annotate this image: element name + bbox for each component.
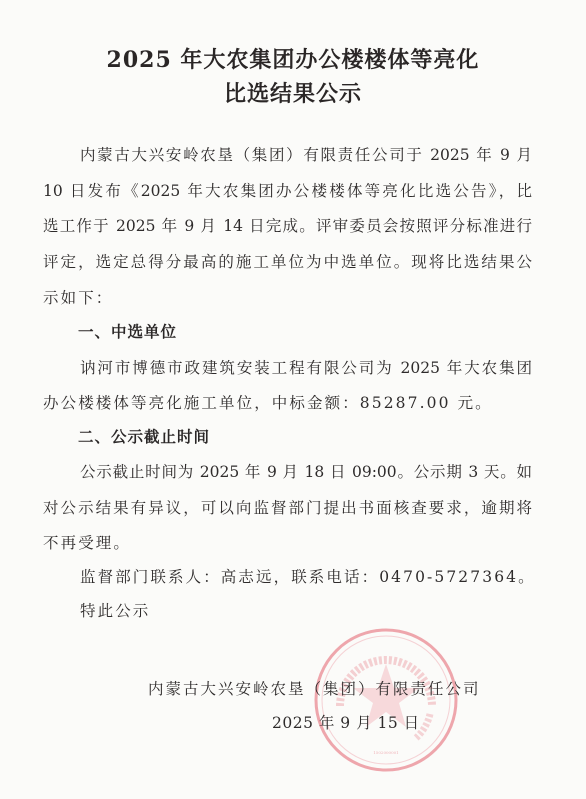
- section-line: 公示截止时间为 2025 年 9 月 18 日 09:00。公示期 3 天。如: [80, 462, 532, 482]
- red-star-seal-icon: 1502000001: [312, 626, 460, 774]
- section-heading: 二、公示截止时间: [78, 427, 210, 447]
- intro-line: 10 日发布《2025 年大农集团办公楼楼体等亮化比选公告》，比: [43, 181, 532, 201]
- document-title-line2: 比选结果公示: [0, 77, 586, 108]
- intro-line: 内蒙古大兴安岭农垦（集团）有限责任公司于 2025 年 9 月: [80, 145, 532, 165]
- signature-organization: 内蒙古大兴安岭农垦（集团）有限责任公司: [148, 679, 481, 699]
- intro-line: 示如下：: [43, 288, 113, 308]
- intro-line: 评定，选定总得分最高的施工单位为中选单位。现将比选结果公: [43, 252, 532, 272]
- closing-line: 特此公示: [80, 601, 150, 621]
- section-heading: 一、中选单位: [78, 322, 177, 342]
- section-line: 对公示结果有异议，可以向监督部门提出书面核查要求，逾期将: [43, 498, 532, 518]
- section-line: 讷河市博德市政建筑安装工程有限公司为 2025 年大农集团: [80, 358, 532, 378]
- section-line: 不再受理。: [43, 533, 131, 553]
- intro-line: 选工作于 2025 年 9 月 14 日完成。评审委员会按照评分标准进行: [43, 216, 532, 236]
- signature-date: 2025 年 9 月 15 日: [272, 713, 420, 733]
- document-title-line1: 2025 年大农集团办公楼楼体等亮化: [0, 43, 586, 74]
- svg-text:1502000001: 1502000001: [373, 750, 398, 755]
- contact-line: 监督部门联系人：高志远，联系电话：0470-5727364。: [80, 567, 536, 587]
- section-line: 办公楼楼体等亮化施工单位，中标金额：85287.00 元。: [43, 393, 493, 413]
